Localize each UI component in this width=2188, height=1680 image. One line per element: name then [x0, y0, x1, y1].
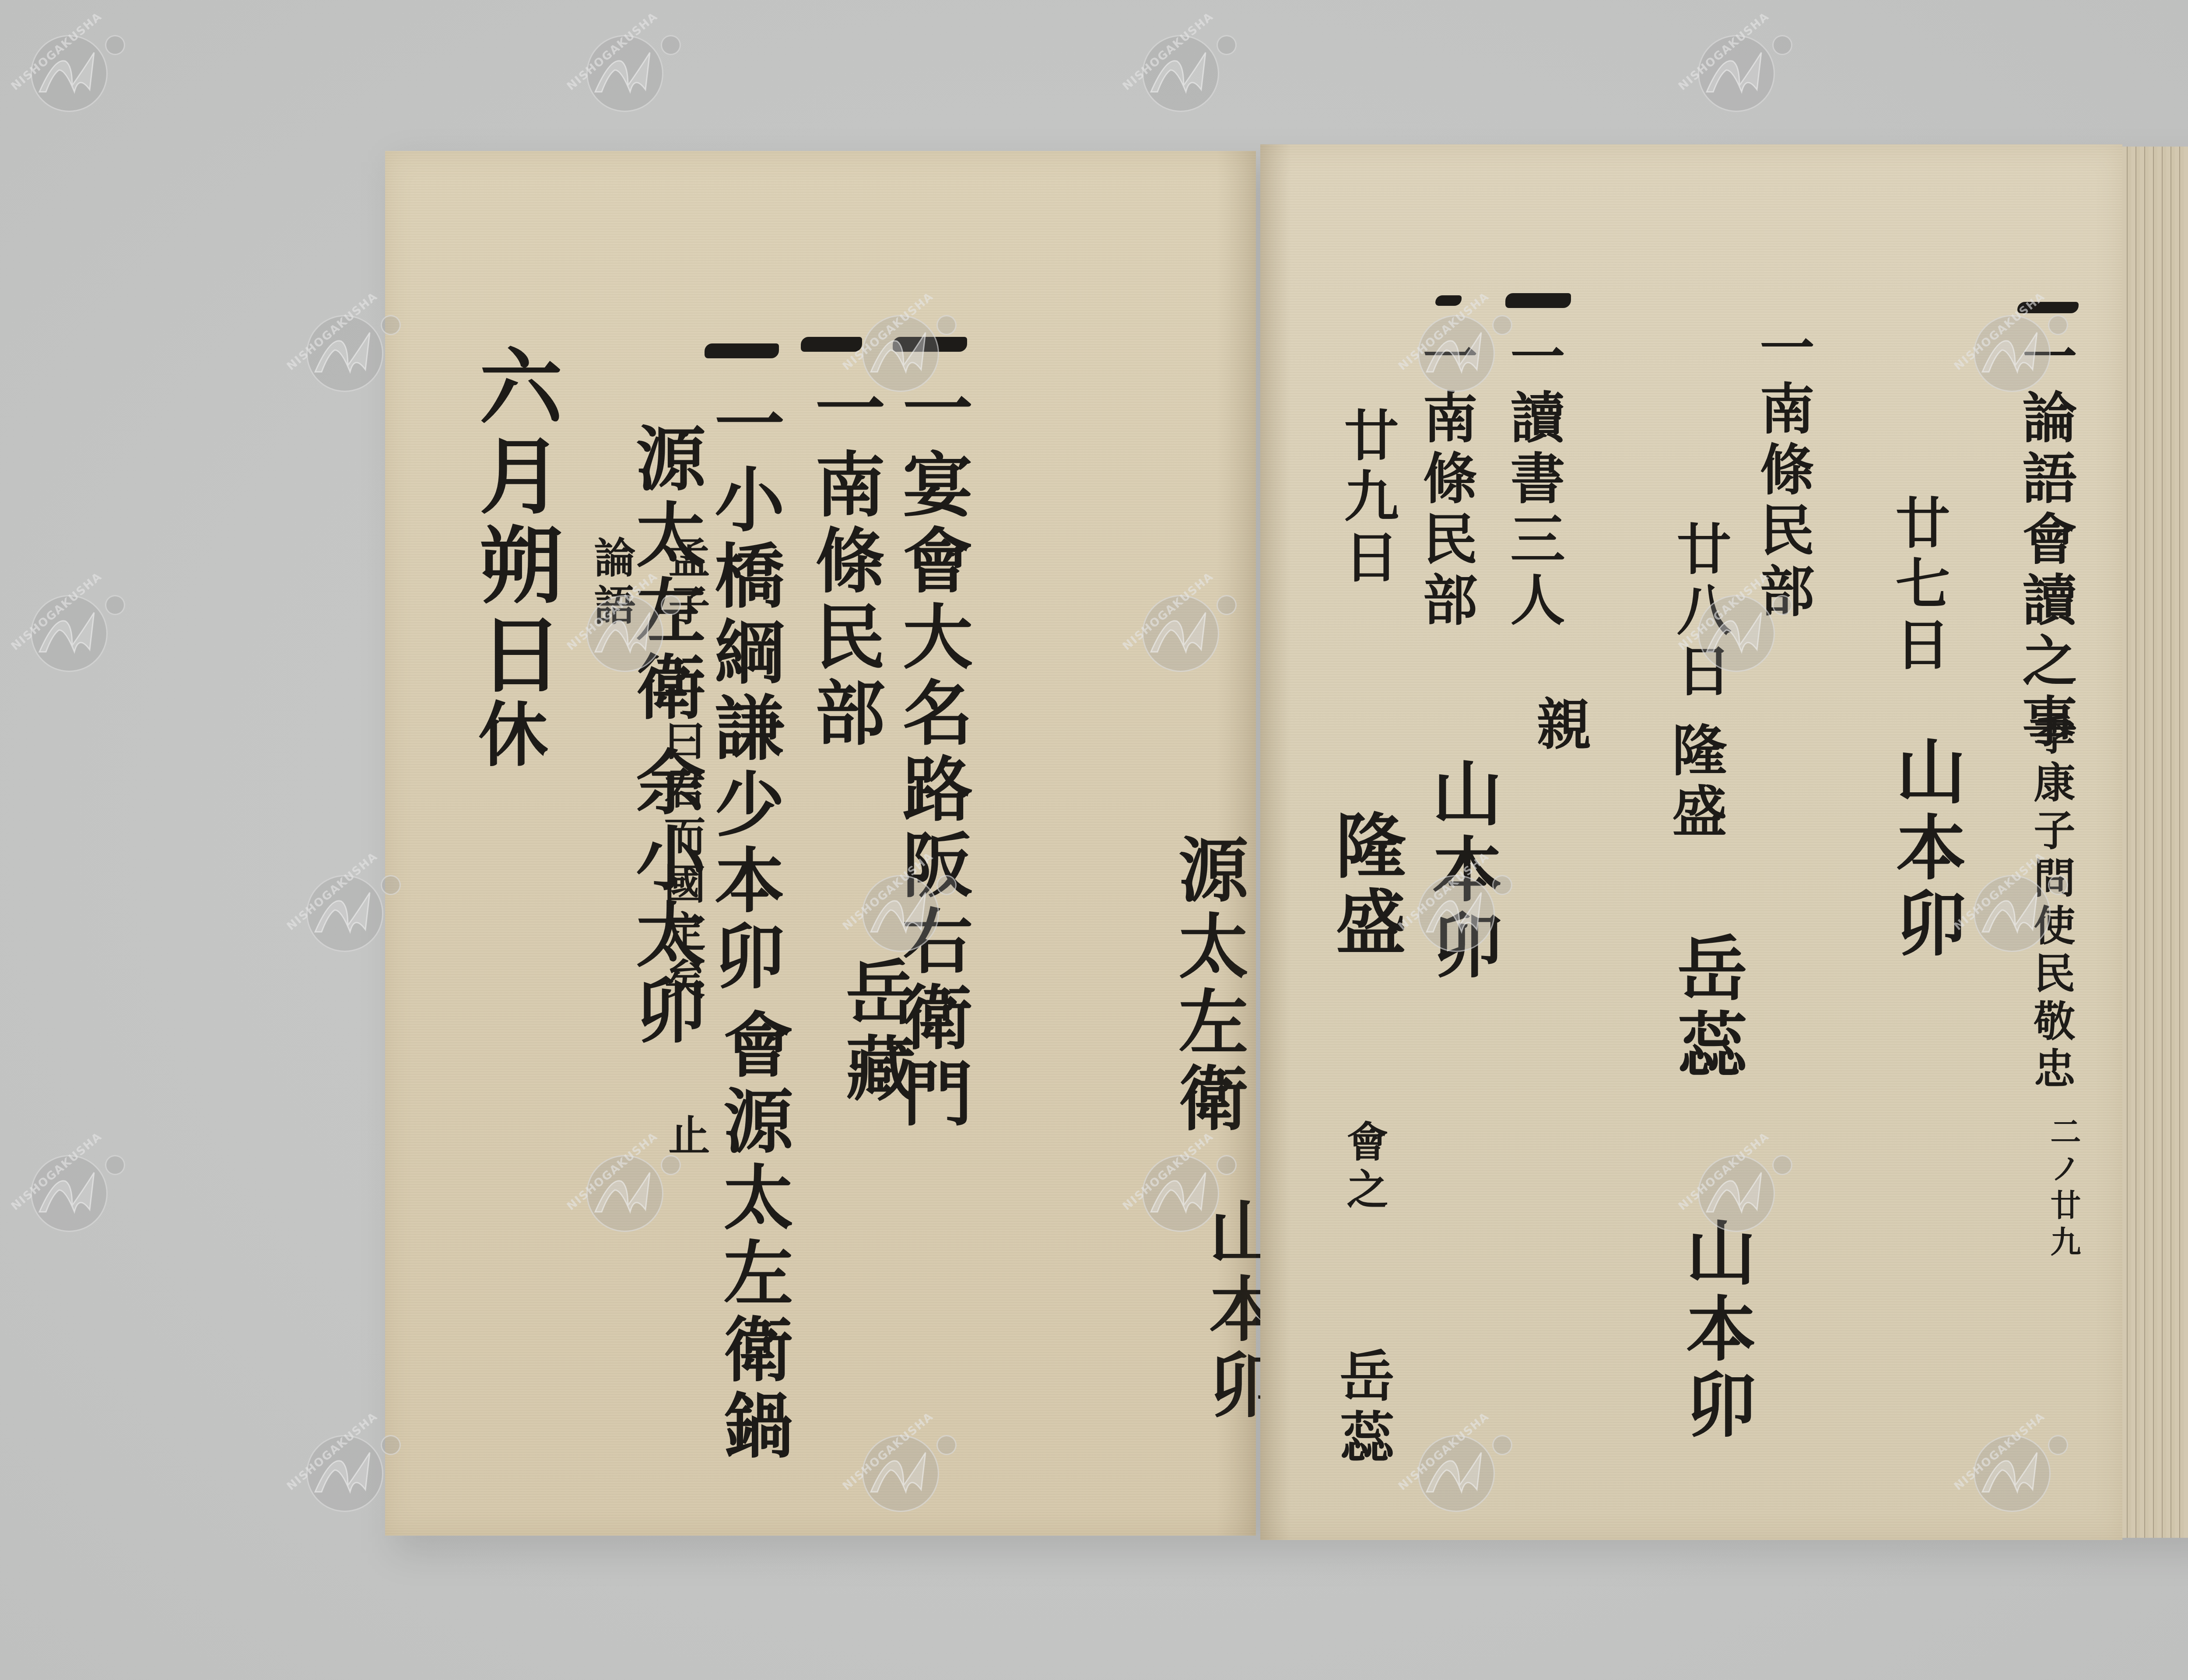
left-col-5: 一曰君而國定矣	[661, 672, 702, 1005]
nishogakusha-logo-icon: NISHOGAKUSHA	[289, 297, 394, 402]
page-block-edges	[2122, 147, 2188, 1538]
left-col-7: 六月朔日	[473, 343, 556, 700]
nishogakusha-logo-icon: NISHOGAKUSHA	[569, 17, 674, 122]
right-col-3: 一南條民部	[1755, 319, 1809, 623]
right-col-6: 一南條民部	[1418, 328, 1473, 632]
right-col-1-note: 二ノ廿九	[2048, 1116, 2079, 1263]
left-col-6: 論語	[591, 536, 632, 631]
left-col-7-tail: 休	[473, 698, 543, 774]
right-col-2-date: 廿七日	[1890, 494, 1945, 677]
right-col-4-date: 廿八日	[1672, 521, 1726, 703]
right-col-5-tail: 親	[1532, 696, 1586, 756]
right-col-1: 一論語會讀之事	[2017, 328, 2072, 754]
left-col-1: 一宴會大名路阪右衛門	[897, 372, 967, 1422]
item-dash	[1435, 295, 1462, 306]
right-col-1-sub: 季康子問使民敬忠	[2030, 713, 2072, 1095]
nishogakusha-logo-icon: NISHOGAKUSHA	[13, 17, 118, 122]
left-col-2: 一南條民部	[810, 372, 880, 752]
item-dash	[801, 337, 862, 352]
right-col-5: 一讀書三人	[1505, 328, 1560, 632]
nishogakusha-logo-icon: NISHOGAKUSHA	[289, 857, 394, 962]
right-col-7-date: 廿九日	[1339, 407, 1394, 589]
right-col-7-c: 岳蕊	[1335, 1347, 1389, 1469]
nishogakusha-logo-icon: NISHOGAKUSHA	[289, 1417, 394, 1522]
nishogakusha-logo-icon: NISHOGAKUSHA	[1125, 17, 1230, 122]
left-col-1-name-a: 源太左衛	[1173, 833, 1243, 1138]
item-dash	[893, 337, 967, 352]
nishogakusha-logo-icon: NISHOGAKUSHA	[1680, 17, 1785, 122]
right-col-2-name: 山本卯	[1890, 735, 1960, 963]
right-col-6-tail: 山本卯	[1427, 757, 1497, 985]
item-dash	[705, 343, 779, 358]
right-page: 一論語會讀之事 季康子問使民敬忠 二ノ廿九 廿七日 山本卯 一南條民部 廿八日 …	[1260, 144, 2122, 1540]
left-col-5-head: 孟子	[665, 536, 707, 631]
right-col-4-b: 岳蕊	[1672, 932, 1742, 1084]
left-col-3: 一小橋綱謙少本卯	[709, 387, 779, 996]
left-col-5-tail: 止	[665, 1113, 707, 1161]
item-dash	[1505, 293, 1571, 308]
right-col-7-b: 會之	[1343, 1120, 1385, 1215]
item-dash	[2017, 302, 2079, 313]
left-page: 一宴會大名路阪右衛門 源太左衛 山本卯 一南條民部 岳藏 一小橋綱謙少本卯 會源…	[385, 151, 1256, 1536]
right-col-4-c: 山本卯	[1680, 1216, 1750, 1445]
right-col-4-a: 隆盛	[1667, 722, 1722, 843]
left-col-3-tail: 會源太左衛鍋	[718, 1008, 788, 1465]
right-col-7-a: 隆盛	[1330, 809, 1400, 962]
nishogakusha-logo-icon: NISHOGAKUSHA	[13, 1137, 118, 1242]
left-col-2-name: 岳藏	[840, 956, 910, 1108]
nishogakusha-logo-icon: NISHOGAKUSHA	[13, 577, 118, 682]
